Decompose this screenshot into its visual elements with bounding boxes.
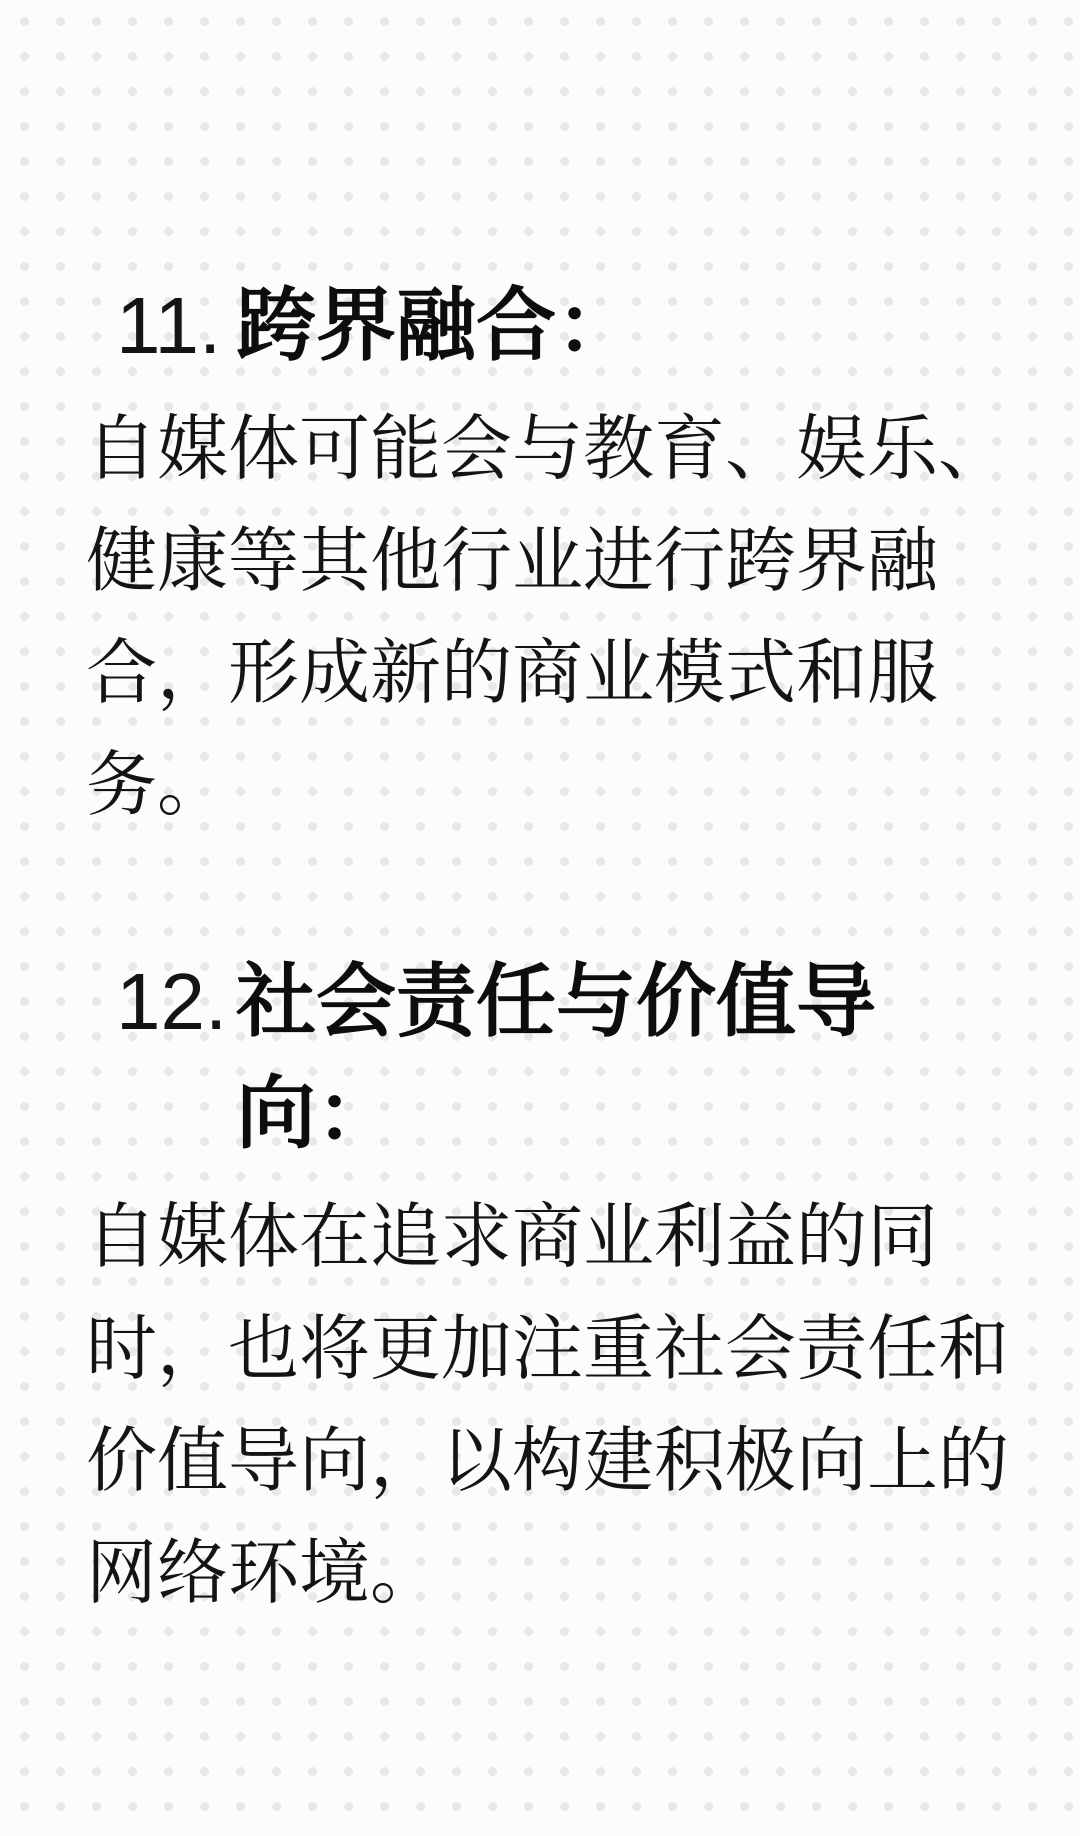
item-12-number: 12. <box>116 946 227 1058</box>
item-12-heading: 12.社会责任与价值导向： <box>0 946 920 1170</box>
item-11-number: 11. <box>116 270 221 382</box>
list-item-11: 11.跨界融合： 自媒体可能会与教育、娱乐、健康等其他行业进行跨界融合，形成新的… <box>0 270 1080 842</box>
page: { "page": { "background_color": "#fcfcfc… <box>0 0 1080 1836</box>
list-item-12: 12.社会责任与价值导向： 自媒体在追求商业利益的同时，也将更加注重社会责任和价… <box>0 946 1080 1630</box>
item-11-body: 自媒体可能会与教育、娱乐、健康等其他行业进行跨界融合，形成新的商业模式和服务。 <box>86 394 1016 842</box>
document-content: 11.跨界融合： 自媒体可能会与教育、娱乐、健康等其他行业进行跨界融合，形成新的… <box>0 0 1080 1630</box>
item-12-title: 社会责任与价值导向： <box>236 957 876 1158</box>
item-11-heading: 11.跨界融合： <box>0 270 920 382</box>
item-11-title: 跨界融合： <box>236 281 636 370</box>
item-12-body: 自媒体在追求商业利益的同时，也将更加注重社会责任和价值导向，以构建积极向上的网络… <box>86 1182 1016 1630</box>
